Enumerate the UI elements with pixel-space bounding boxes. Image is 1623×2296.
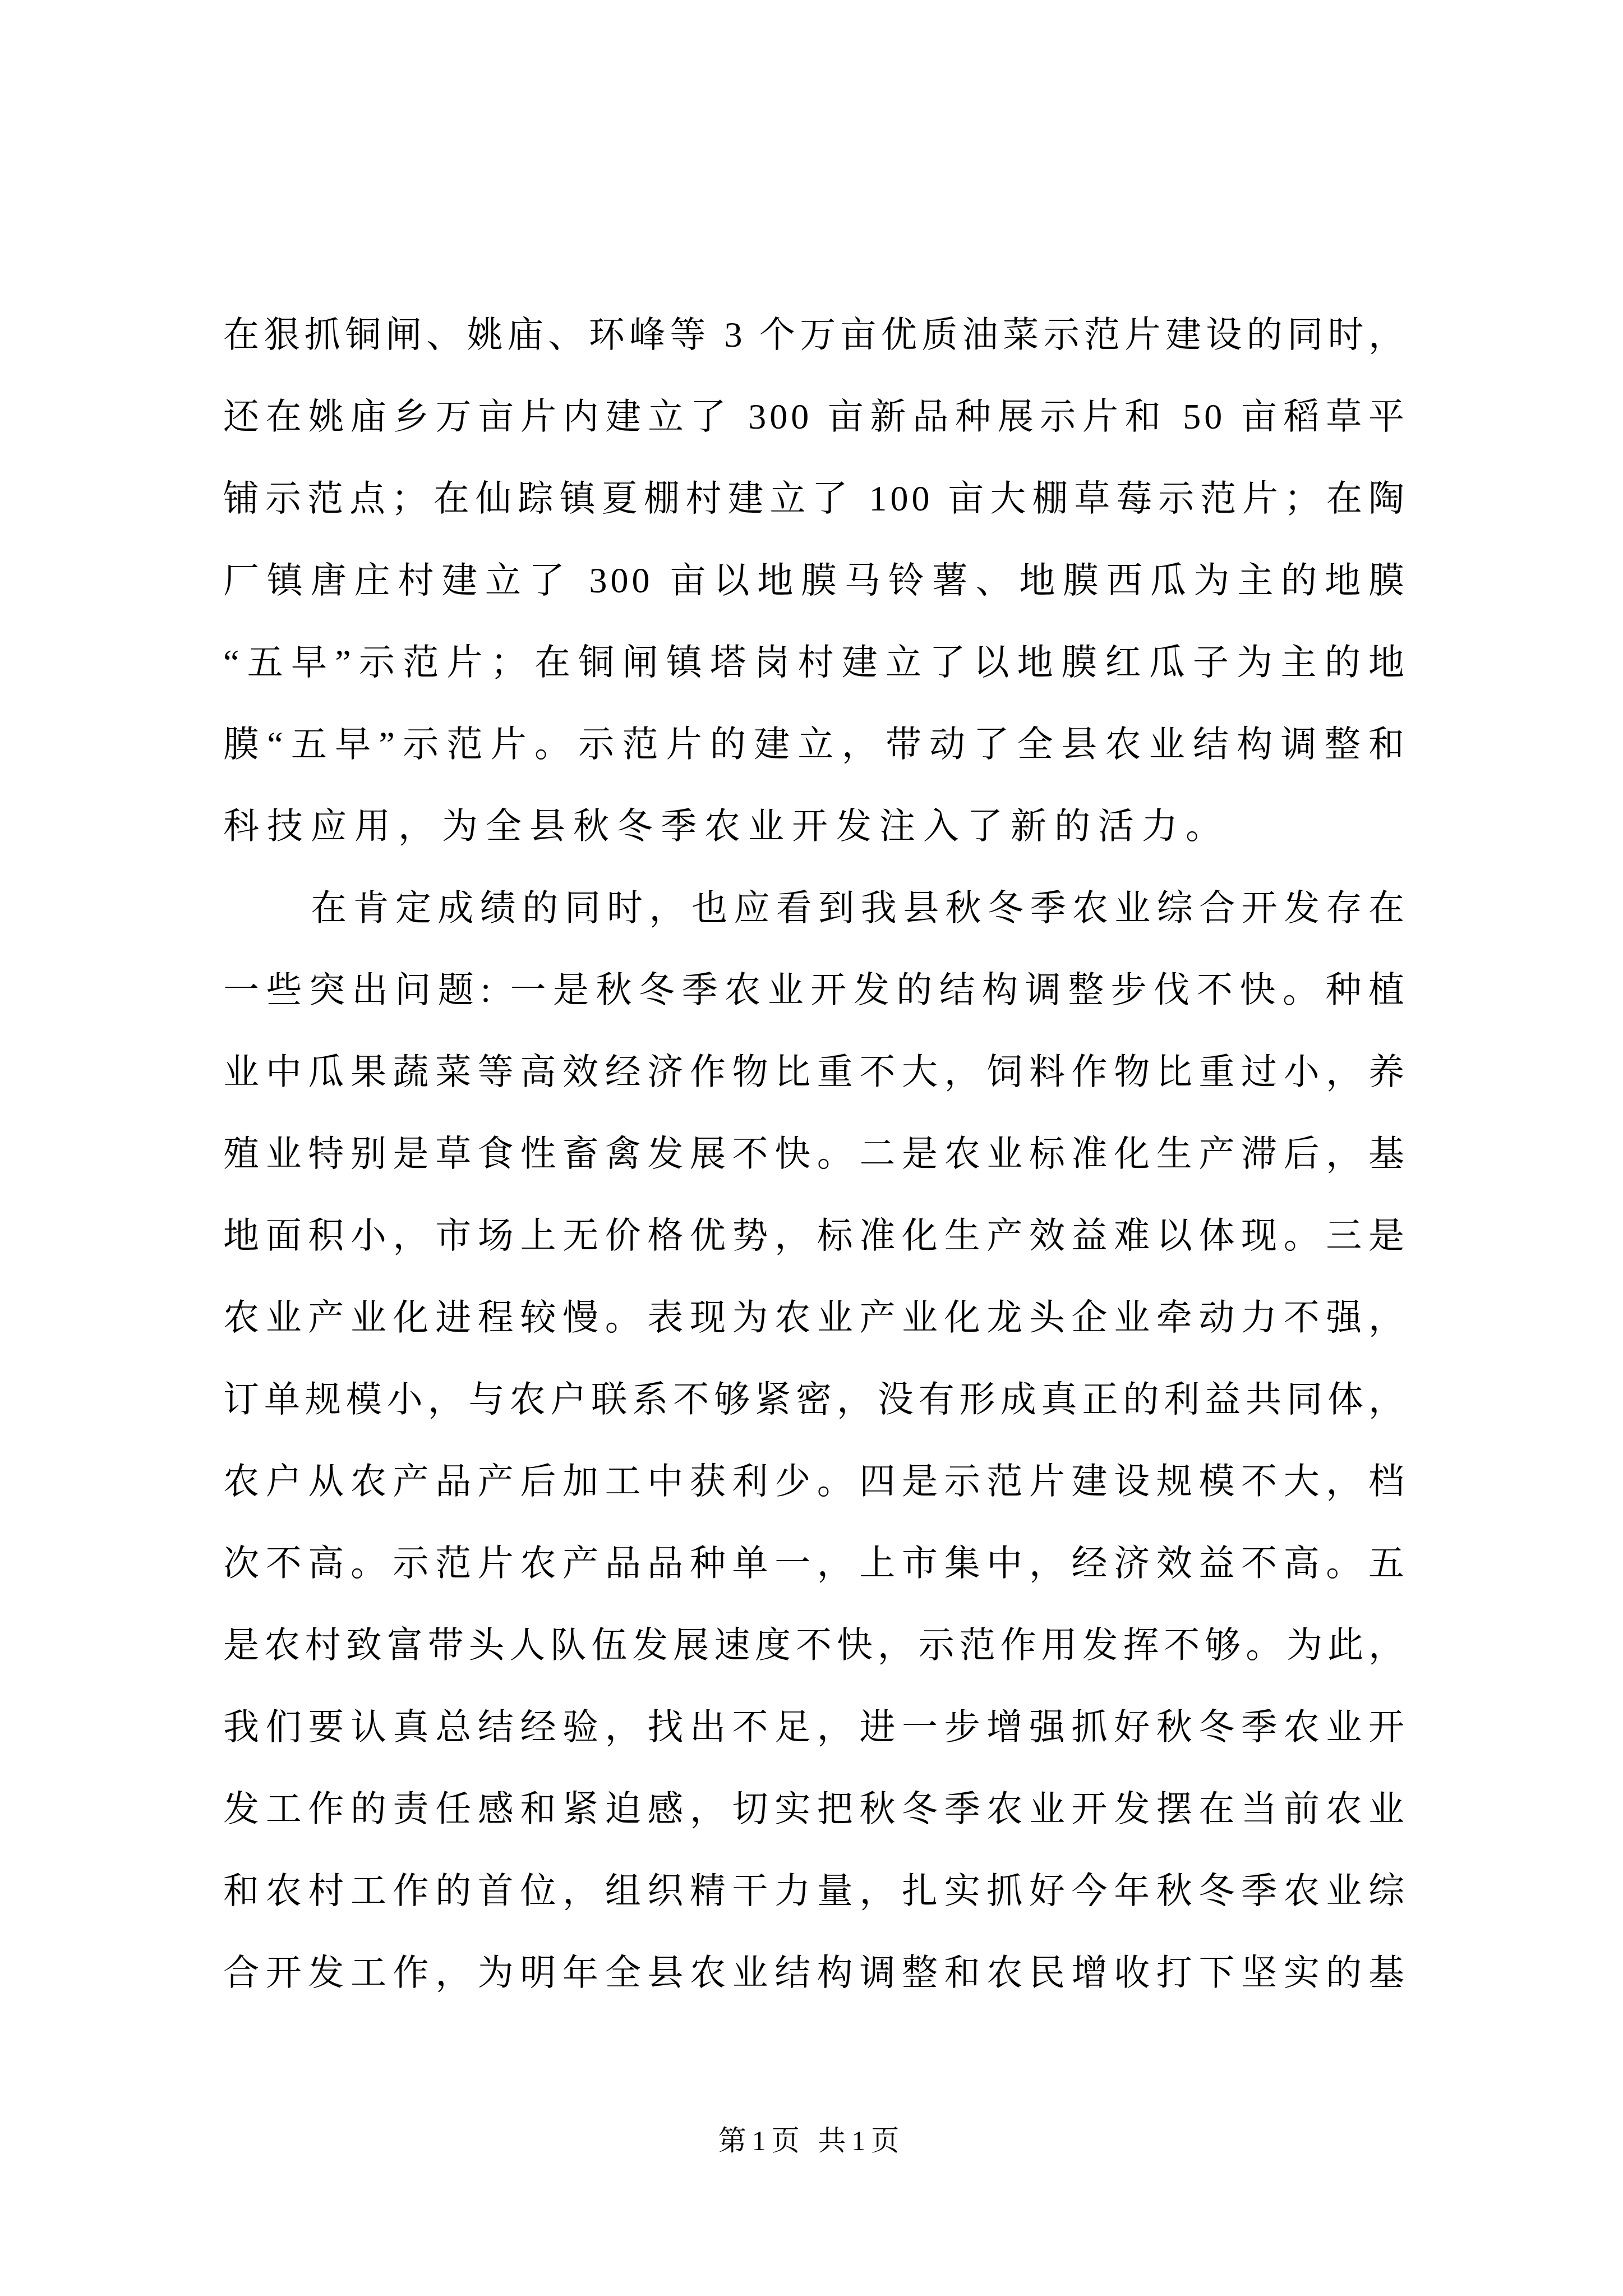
body-line: “五早”示范片；在铜闸镇塔岗村建立了以地膜红瓜子为主的地 xyxy=(223,622,1408,703)
body-line: 农业产业化进程较慢。表现为农业产业化龙头企业牵动力不强， xyxy=(223,1277,1408,1359)
body-line: 还在姚庙乡万亩片内建立了 300 亩新品种展示片和 50 亩稻草平 xyxy=(223,376,1408,458)
body-line: 殖业特别是草食性畜禽发展不快。二是农业标准化生产滞后，基 xyxy=(223,1113,1408,1195)
body-line: 我们要认真总结经验，找出不足，进一步增强抓好秋冬季农业开 xyxy=(223,1686,1408,1768)
text-content: 在狠抓铜闸、姚庙、环峰等 3 个万亩优质油菜示范片建设的同时， 还在姚庙乡万亩片… xyxy=(223,294,1408,2014)
body-line: 是农村致富带头人队伍发展速度不快，示范作用发挥不够。为此， xyxy=(223,1604,1408,1686)
body-line: 订单规模小，与农户联系不够紧密，没有形成真正的利益共同体， xyxy=(223,1359,1408,1441)
document-page: 在狠抓铜闸、姚庙、环峰等 3 个万亩优质油菜示范片建设的同时， 还在姚庙乡万亩片… xyxy=(0,0,1623,2296)
body-line: 发工作的责任感和紧迫感，切实把秋冬季农业开发摆在当前农业 xyxy=(223,1768,1408,1850)
page-footer: 第1页 共1页 xyxy=(0,2122,1623,2159)
body-line: 科技应用，为全县秋冬季农业开发注入了新的活力。 xyxy=(223,785,1408,867)
body-line: 和农村工作的首位，组织精干力量，扎实抓好今年秋冬季农业综 xyxy=(223,1850,1408,1932)
body-line: 次不高。示范片农产品品种单一，上市集中，经济效益不高。五 xyxy=(223,1522,1408,1604)
body-line: 合开发工作，为明年全县农业结构调整和农民增收打下坚实的基 xyxy=(223,1932,1408,2014)
body-line: 农户从农产品产后加工中获利少。四是示范片建设规模不大，档 xyxy=(223,1441,1408,1522)
body-line: 铺示范点；在仙踪镇夏棚村建立了 100 亩大棚草莓示范片；在陶 xyxy=(223,458,1408,540)
body-line: 厂镇唐庄村建立了 300 亩以地膜马铃薯、地膜西瓜为主的地膜 xyxy=(223,540,1408,622)
body-line: 业中瓜果蔬菜等高效经济作物比重不大，饲料作物比重过小，养 xyxy=(223,1031,1408,1113)
body-line: 在狠抓铜闸、姚庙、环峰等 3 个万亩优质油菜示范片建设的同时， xyxy=(223,294,1408,376)
body-line: 地面积小，市场上无价格优势，标准化生产效益难以体现。三是 xyxy=(223,1195,1408,1277)
body-line: 在肯定成绩的同时，也应看到我县秋冬季农业综合开发存在 xyxy=(223,867,1408,949)
body-line: 膜“五早”示范片。示范片的建立，带动了全县农业结构调整和 xyxy=(223,703,1408,785)
body-line: 一些突出问题: 一是秋冬季农业开发的结构调整步伐不快。种植 xyxy=(223,949,1408,1031)
